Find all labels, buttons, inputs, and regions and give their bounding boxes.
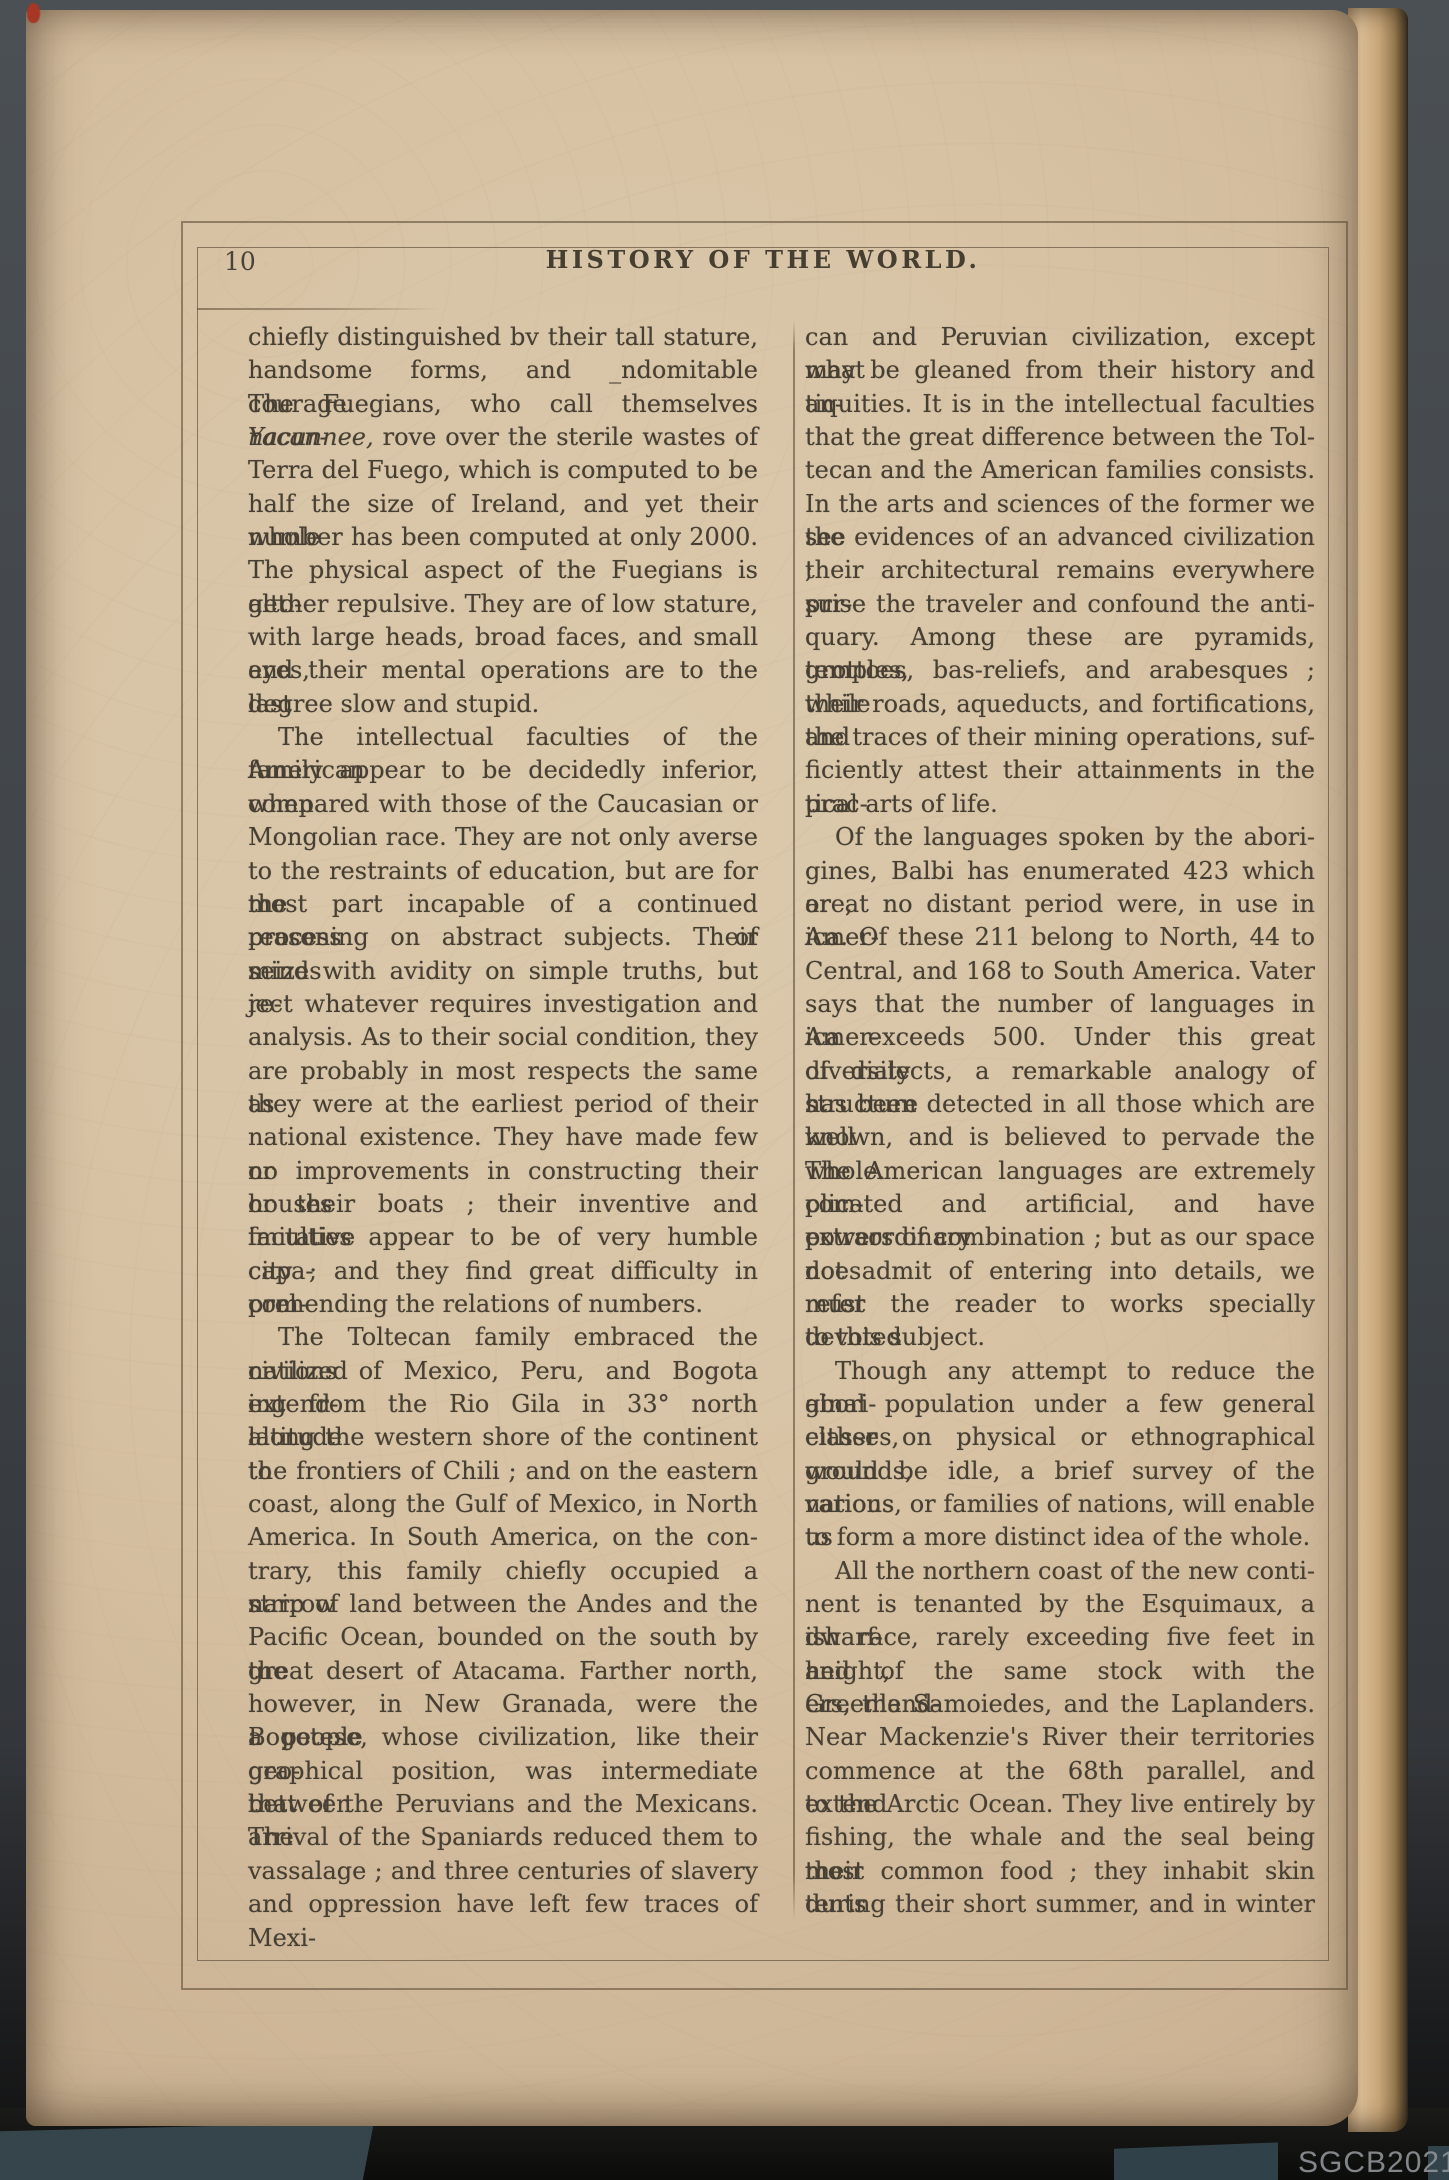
- text-line: prehending the relations of numbers.: [248, 1288, 758, 1321]
- text-line: half the size of Ireland, and yet their …: [248, 488, 758, 521]
- text-line: plicated and artificial, and have extrao…: [805, 1188, 1315, 1221]
- text-line: gines, Balbi has enumerated 423 which ar…: [805, 855, 1315, 888]
- text-line: ficiently attest their attainments in th…: [805, 754, 1315, 787]
- text-line: grottoes, bas-reliefs, and arabesques ; …: [805, 654, 1315, 687]
- text-line: In the arts and sciences of the former w…: [805, 488, 1315, 521]
- text-line: compared with those of the Caucasian or: [248, 788, 758, 821]
- text-line: All the northern coast of the new conti-: [805, 1555, 1315, 1588]
- text-line: are probably in most respects the same a…: [248, 1055, 758, 1088]
- text-line: The physical aspect of the Fuegians is a…: [248, 554, 758, 587]
- column-divider: [793, 320, 795, 1920]
- text-line: The Toltecan family embraced the civiliz…: [248, 1321, 758, 1354]
- head-rule: [197, 308, 441, 310]
- text-line: they were at the earliest period of thei…: [248, 1088, 758, 1121]
- text-line: to the Arctic Ocean. They live entirely …: [805, 1788, 1315, 1821]
- text-line: arrival of the Spaniards reduced them to: [248, 1821, 758, 1854]
- text-line: with large heads, broad faces, and small…: [248, 621, 758, 654]
- text-line: their architectural remains everywhere s…: [805, 554, 1315, 587]
- text-line: known, and is believed to pervade the wh…: [805, 1121, 1315, 1154]
- text-line: during their short summer, and in winter: [805, 1888, 1315, 1921]
- text-line: can and Peruvian civilization, except wh…: [805, 321, 1315, 354]
- text-line: a people whose civilization, like their …: [248, 1721, 758, 1754]
- text-line: nations of Mexico, Peru, and Bogota exte…: [248, 1355, 758, 1388]
- text-line: and of the same stock with the Greenland…: [805, 1655, 1315, 1688]
- text-line: nent is tenanted by the Esquimaux, a dwa…: [805, 1588, 1315, 1621]
- text-line: vassalage ; and three centuries of slave…: [248, 1855, 758, 1888]
- text-line: refer the reader to works specially devo…: [805, 1288, 1315, 1321]
- text-line: commence at the 68th parallel, and exten…: [805, 1755, 1315, 1788]
- text-line: either on physical or ethnographical gro…: [805, 1421, 1315, 1454]
- text-line: ica. Of these 211 belong to North, 44 to: [805, 921, 1315, 954]
- text-line: great desert of Atacama. Farther north,: [248, 1655, 758, 1688]
- text-line: family appear to be decidedly inferior, …: [248, 754, 758, 787]
- text-line: ish race, rarely exceeding five feet in …: [805, 1621, 1315, 1654]
- text-line: quary. Among these are pyramids, temples…: [805, 621, 1315, 654]
- text-line: handsome forms, and _ndomitable courage.: [248, 354, 758, 387]
- text-line: ginal population under a few general cla…: [805, 1388, 1315, 1421]
- text-line: city ; and they find great difficulty in…: [248, 1255, 758, 1288]
- text-line: nacunnee, rove over the sterile wastes o…: [248, 421, 758, 454]
- text-line: Of the languages spoken by the abori-: [805, 821, 1315, 854]
- text-line: and oppression have left few traces of M…: [248, 1888, 758, 1921]
- text-line: or at no distant period were, in use in …: [805, 888, 1315, 921]
- text-line: seize with avidity on simple truths, but…: [248, 955, 758, 988]
- text-line: Pacific Ocean, bounded on the south by t…: [248, 1621, 758, 1654]
- text-line: most common food ; they inhabit skin ten…: [805, 1855, 1315, 1888]
- text-line: may be gleaned from their history and an…: [805, 354, 1315, 387]
- text-line: their roads, aqueducts, and fortificatio…: [805, 688, 1315, 721]
- text-line: ers, the Samoiedes, and the Laplanders.: [805, 1688, 1315, 1721]
- text-line: tecan and the American families consists…: [805, 454, 1315, 487]
- text-line: to the restraints of education, but are …: [248, 855, 758, 888]
- text-line: has been detected in all those which are…: [805, 1088, 1315, 1121]
- text-line: Mongolian race. They are not only averse: [248, 821, 758, 854]
- running-head: HISTORY OF THE WORLD.: [197, 245, 1329, 274]
- text-line: to this subject.: [805, 1321, 1315, 1354]
- text-line: graphical position, was intermediate bet…: [248, 1755, 758, 1788]
- text-line: analysis. As to their social condition, …: [248, 1021, 758, 1054]
- text-line: no improvements in constructing their ho…: [248, 1155, 758, 1188]
- text-line: number has been computed at only 2000.: [248, 521, 758, 554]
- text-line: however, in New Granada, were the Bogote…: [248, 1688, 758, 1721]
- text-line: coast, along the Gulf of Mexico, in Nort…: [248, 1488, 758, 1521]
- text-line: reasoning on abstract subjects. Their mi…: [248, 921, 758, 954]
- text-line: tical arts of life.: [805, 788, 1315, 821]
- photographed-book-scene: 10 HISTORY OF THE WORLD. chiefly disting…: [0, 0, 1449, 2180]
- text-line: or their boats ; their inventive and imi…: [248, 1188, 758, 1221]
- red-mark: [27, 3, 40, 23]
- text-line: fishing, the whale and the seal being th…: [805, 1821, 1315, 1854]
- column-right: can and Peruvian civilization, except wh…: [805, 321, 1315, 1922]
- text-line: The American languages are extremely com…: [805, 1155, 1315, 1188]
- text-line: faculties appear to be of very humble ca…: [248, 1221, 758, 1254]
- text-line: that the great difference between the To…: [805, 421, 1315, 454]
- text-line: ica exceeds 500. Under this great divers…: [805, 1021, 1315, 1054]
- text-line: Near Mackenzie's River their territories: [805, 1721, 1315, 1754]
- text-line: and their mental operations are to the l…: [248, 654, 758, 687]
- text-line: Terra del Fuego, which is computed to be: [248, 454, 758, 487]
- text-line: degree slow and stupid.: [248, 688, 758, 721]
- text-line: the evidences of an advanced civilizatio…: [805, 521, 1315, 554]
- text-line: The intellectual faculties of the Americ…: [248, 721, 758, 754]
- text-line: gether repulsive. They are of low statur…: [248, 588, 758, 621]
- text-line: along the western shore of the continent…: [248, 1421, 758, 1454]
- cloth-patch-bottom-left: [0, 2122, 374, 2180]
- text-line: of dialects, a remarkable analogy of str…: [805, 1055, 1315, 1088]
- text-line: most part incapable of a continued proce…: [248, 888, 758, 921]
- text-line: trary, this family chiefly occupied a na…: [248, 1555, 758, 1588]
- text-line: strip of land between the Andes and the: [248, 1588, 758, 1621]
- text-line: the traces of their mining operations, s…: [805, 721, 1315, 754]
- text-line: nations, or families of nations, will en…: [805, 1488, 1315, 1521]
- text-line: national existence. They have made few o…: [248, 1121, 758, 1154]
- text-line: The Fuegians, who call themselves Yacan-: [248, 388, 758, 421]
- text-line: powers of combination ; but as our space…: [805, 1221, 1315, 1254]
- text-line: Though any attempt to reduce the abori-: [805, 1355, 1315, 1388]
- text-line: chiefly distinguished bv their tall stat…: [248, 321, 758, 354]
- text-line: prise the traveler and confound the anti…: [805, 588, 1315, 621]
- text-line: the frontiers of Chili ; and on the east…: [248, 1455, 758, 1488]
- text-line: tiquities. It is in the intellectual fac…: [805, 388, 1315, 421]
- text-line: America. In South America, on the con-: [248, 1521, 758, 1554]
- text-line: not admit of entering into details, we m…: [805, 1255, 1315, 1288]
- text-line: would be idle, a brief survey of the var…: [805, 1455, 1315, 1488]
- column-left: chiefly distinguished bv their tall stat…: [248, 321, 758, 1922]
- text-line: Central, and 168 to South America. Vater: [805, 955, 1315, 988]
- watermark: SGCB2021: [1298, 2146, 1449, 2180]
- text-line: ing from the Rio Gila in 33° north latit…: [248, 1388, 758, 1421]
- text-line: that of the Peruvians and the Mexicans. …: [248, 1788, 758, 1821]
- text-line: ject whatever requires investigation and: [248, 988, 758, 1021]
- text-line: says that the number of languages in Ame…: [805, 988, 1315, 1021]
- text-line: to form a more distinct idea of the whol…: [805, 1521, 1315, 1554]
